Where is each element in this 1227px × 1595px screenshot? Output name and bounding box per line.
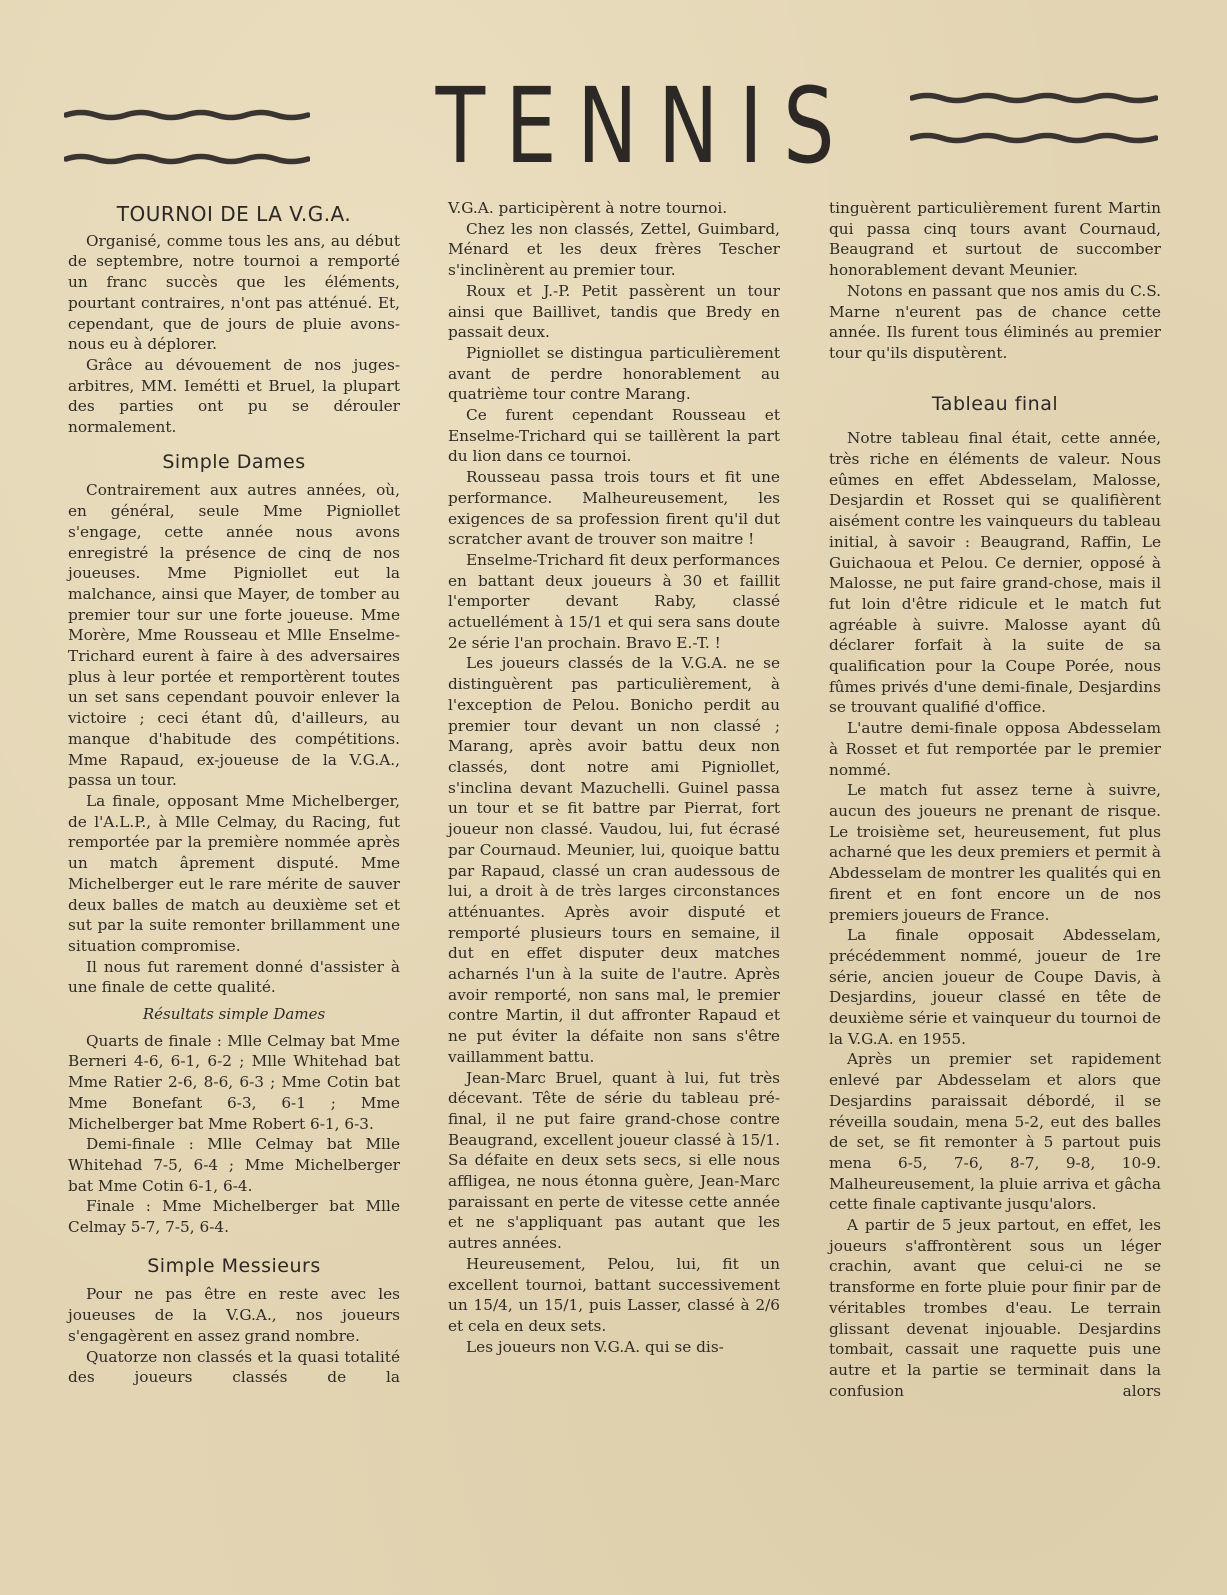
column-1: TOURNOI DE LA V.G.A. Organisé, comme tou… — [68, 198, 400, 1388]
body-paragraph: Heureusement, Pelou, lui, fit un excelle… — [448, 1254, 780, 1337]
result-line: Demi-finale : Mlle Celmay bat Mlle White… — [68, 1134, 400, 1196]
body-paragraph: Enselme-Trichard fit deux performances e… — [448, 550, 780, 654]
body-paragraph: Les joueurs non V.G.A. qui se dis- — [448, 1337, 780, 1358]
wavy-rule-right-top — [910, 91, 1158, 105]
body-paragraph: Il nous fut rarement donné d'assister à … — [68, 957, 400, 998]
column-3: tinguèrent particulièrement furent Marti… — [829, 198, 1161, 1401]
intro-paragraph: Grâce au dévouement de nos juges-arbitre… — [68, 355, 400, 438]
body-paragraph: La finale opposait Abdesselam, précédemm… — [829, 925, 1161, 1049]
body-paragraph: A partir de 5 jeux partout, en effet, le… — [829, 1215, 1161, 1401]
intro-paragraph: Organisé, comme tous les ans, au début d… — [68, 231, 400, 355]
body-paragraph: Notons en passant que nos amis du C.S. M… — [829, 281, 1161, 364]
section-heading-simple-dames: Simple Dames — [68, 452, 400, 473]
wavy-rule-left-bottom — [64, 152, 310, 166]
body-paragraph: tinguèrent particulièrement furent Marti… — [829, 198, 1161, 281]
body-paragraph: Les joueurs classés de la V.G.A. ne se d… — [448, 653, 780, 1067]
body-paragraph: L'autre demi-finale opposa Abdesselam à … — [829, 718, 1161, 780]
body-paragraph: Roux et J.-P. Petit passèrent un tour ai… — [448, 281, 780, 343]
result-line: Quarts de finale : Mlle Celmay bat Mme B… — [68, 1031, 400, 1135]
article-headline: TOURNOI DE LA V.G.A. — [68, 204, 400, 225]
wavy-rule-right-bottom — [910, 131, 1158, 145]
page-title: TENNIS — [436, 74, 795, 178]
body-paragraph: Jean-Marc Bruel, quant à lui, fut très d… — [448, 1068, 780, 1254]
wavy-rule-left-top — [64, 108, 310, 122]
section-heading-simple-messieurs: Simple Messieurs — [68, 1256, 400, 1277]
body-paragraph: Rousseau passa trois tours et fit une pe… — [448, 467, 780, 550]
result-line: Finale : Mme Michelberger bat Mlle Celma… — [68, 1196, 400, 1237]
body-paragraph: Chez les non classés, Zettel, Guimbard, … — [448, 219, 780, 281]
body-paragraph: Pour ne pas être en reste avec les joueu… — [68, 1284, 400, 1346]
body-paragraph: Quatorze non classés et la quasi totalit… — [68, 1347, 400, 1388]
body-paragraph: Contrairement aux autres années, où, en … — [68, 480, 400, 791]
section-heading-tableau-final: Tableau final — [829, 394, 1161, 415]
body-paragraph: Pigniollet se distingua particulièrement… — [448, 343, 780, 405]
body-paragraph: Notre tableau final était, cette année, … — [829, 428, 1161, 718]
body-paragraph: Ce furent cependant Rousseau et Enselme-… — [448, 405, 780, 467]
body-paragraph: V.G.A. participèrent à notre tournoi. — [448, 198, 780, 219]
body-paragraph: Après un premier set rapidement enlevé p… — [829, 1049, 1161, 1215]
body-paragraph: La finale, opposant Mme Michelberger, de… — [68, 791, 400, 957]
results-heading: Résultats simple Dames — [68, 1004, 400, 1025]
body-paragraph: Le match fut assez terne à suivre, aucun… — [829, 780, 1161, 925]
column-2: V.G.A. participèrent à notre tournoi. Ch… — [448, 198, 780, 1357]
